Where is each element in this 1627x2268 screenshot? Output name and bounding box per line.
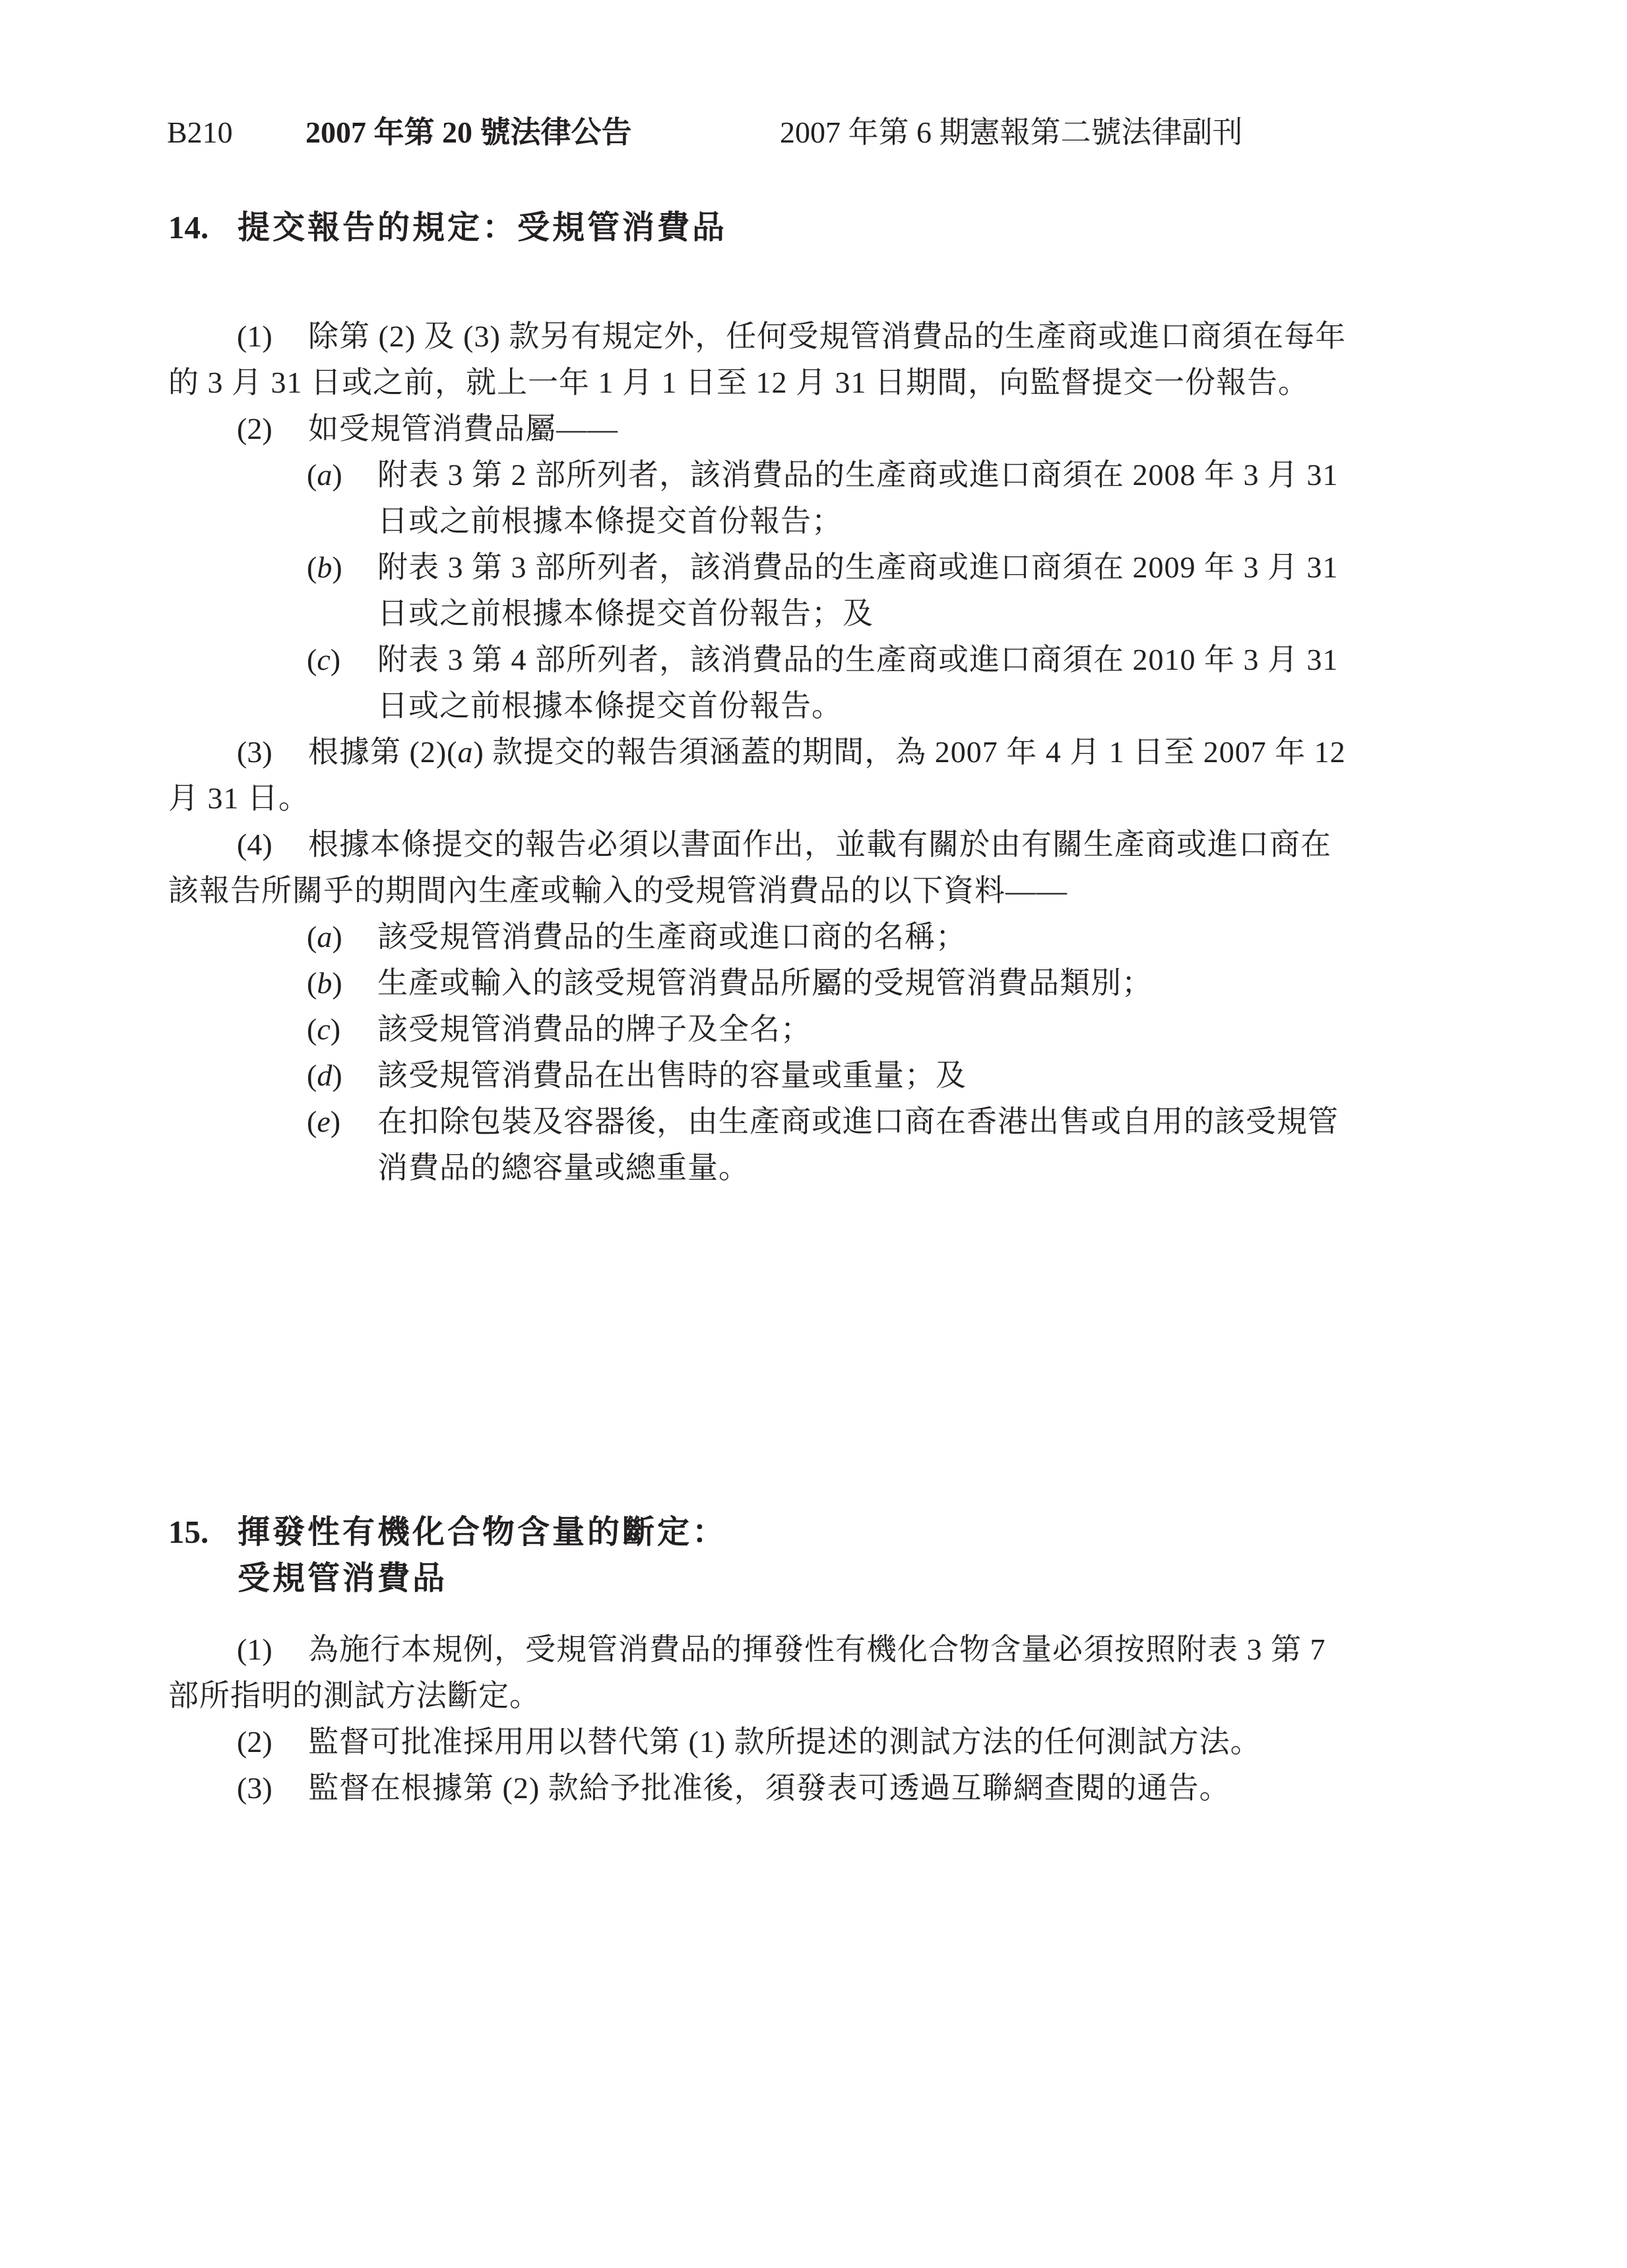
paragraph-label: (b)	[307, 544, 342, 591]
paragraph-label: (e)	[307, 1099, 340, 1145]
paragraph-text: 在扣除包裝及容器後，由生產商或進口商在香港出售或自用的該受規管	[377, 1099, 1339, 1145]
paragraph-label: (d)	[307, 1053, 342, 1099]
subsection-text: 監督在根據第 (2) 款給予批准後，須發表可透過互聯網查閱的通告。	[308, 1765, 1230, 1811]
paragraph-text: 附表 3 第 2 部所列者，該消費品的生產商或進口商須在 2008 年 3 月 …	[377, 452, 1339, 498]
subsection-label: (2)	[237, 1719, 272, 1765]
subsection-text: 監督可批准採用用以替代第 (1) 款所提述的測試方法的任何測試方法。	[308, 1719, 1261, 1765]
subsection-label: (3)	[237, 729, 272, 775]
paragraph-label: (c)	[307, 637, 340, 683]
paragraph-text-continued: 日或之前根據本條提交首份報告；	[377, 498, 843, 544]
paragraph-text: 附表 3 第 4 部所列者，該消費品的生產商或進口商須在 2010 年 3 月 …	[377, 637, 1339, 683]
legal-notice-title: 2007 年第 20 號法律公告	[305, 110, 632, 156]
section-number: 15.	[168, 1509, 208, 1555]
section-number: 14.	[168, 205, 208, 251]
paragraph-label: (b)	[307, 960, 342, 1006]
paragraph-text-continued: 日或之前根據本條提交首份報告；及	[377, 591, 874, 637]
page-number: B210	[167, 110, 233, 156]
subsection-text: 如受規管消費品屬——	[308, 406, 618, 452]
subsection-text-continued: 該報告所關乎的期間內生產或輸入的受規管消費品的以下資料——	[168, 868, 1068, 914]
paragraph-text: 該受規管消費品在出售時的容量或重量；及	[377, 1053, 967, 1099]
subsection-text: 除第 (2) 及 (3) 款另有規定外，任何受規管消費品的生產商或進口商須在每年	[308, 313, 1346, 360]
subsection-text-continued: 的 3 月 31 日或之前，就上一年 1 月 1 日至 12 月 31 日期間，…	[168, 360, 1309, 406]
subsection-text: 為施行本規例，受規管消費品的揮發性有機化合物含量必須按照附表 3 第 7	[308, 1627, 1326, 1673]
paragraph-label: (a)	[307, 914, 342, 960]
paragraph-text: 該受規管消費品的牌子及全名；	[377, 1006, 812, 1053]
subsection-label: (1)	[237, 313, 272, 360]
paragraph-label: (c)	[307, 1006, 340, 1053]
paragraph-text-continued: 消費品的總容量或總重量。	[377, 1145, 750, 1191]
subsection-text: 根據第 (2)(a) 款提交的報告須涵蓋的期間，為 2007 年 4 月 1 日…	[308, 729, 1346, 775]
subsection-label: (4)	[237, 822, 272, 868]
paragraph-label: (a)	[307, 452, 342, 498]
document-page: B210 2007 年第 20 號法律公告 2007 年第 6 期憲報第二號法律…	[0, 0, 1627, 2268]
paragraph-text: 生產或輸入的該受規管消費品所屬的受規管消費品類別；	[377, 960, 1153, 1006]
section-heading-continued: 受規管消費品	[238, 1555, 447, 1602]
section-heading: 提交報告的規定：受規管消費品	[238, 205, 727, 251]
paragraph-text: 該受規管消費品的生產商或進口商的名稱；	[377, 914, 967, 960]
subsection-text: 根據本條提交的報告必須以書面作出，並載有關於由有關生產商或進口商在	[308, 822, 1331, 868]
section-heading: 揮發性有機化合物含量的斷定：	[238, 1509, 727, 1555]
subsection-label: (1)	[237, 1627, 272, 1673]
gazette-title: 2007 年第 6 期憲報第二號法律副刊	[780, 110, 1243, 156]
subsection-text-continued: 月 31 日。	[168, 775, 309, 822]
paragraph-text: 附表 3 第 3 部所列者，該消費品的生產商或進口商須在 2009 年 3 月 …	[377, 544, 1339, 591]
subsection-label: (3)	[237, 1765, 272, 1811]
paragraph-text-continued: 日或之前根據本條提交首份報告。	[377, 683, 843, 729]
subsection-label: (2)	[237, 406, 272, 452]
subsection-text-continued: 部所指明的測試方法斷定。	[168, 1673, 540, 1719]
